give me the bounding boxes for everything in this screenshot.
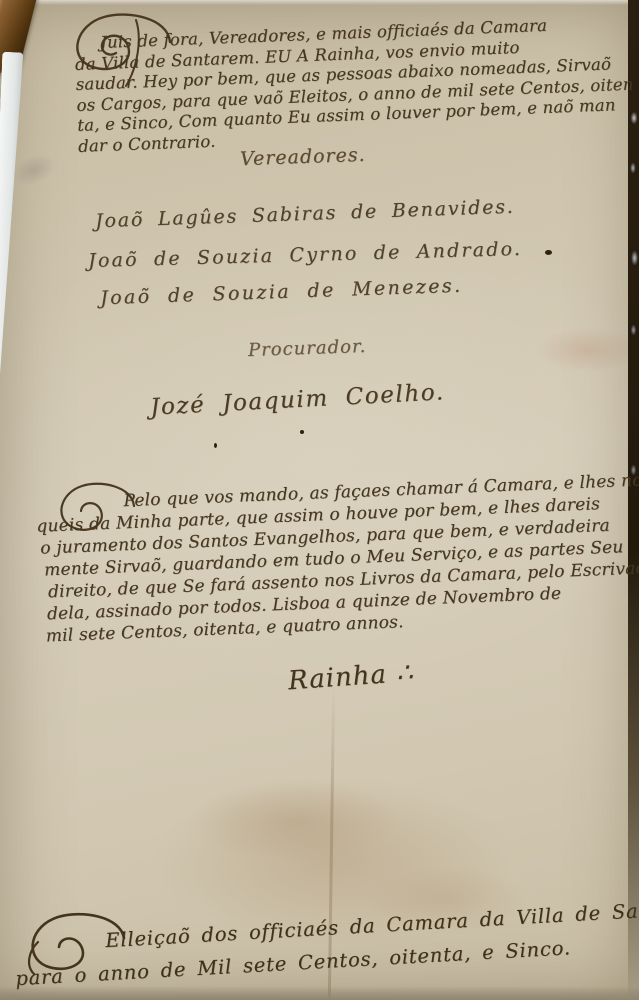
procurador-heading: Procurador. (248, 336, 367, 361)
ink-dot (214, 443, 217, 448)
body-paragraph: Pelo que vos mando, as façaes chamar á C… (35, 470, 626, 647)
vereadores-heading: Vereadores. (240, 144, 366, 170)
manuscript-photo: Juis de fora, Vereadores, e mais officia… (0, 0, 639, 1000)
ink-blot (545, 250, 552, 255)
opening-paragraph: Juis de fora, Vereadores, e mais officia… (74, 14, 598, 157)
photo-bottom-edge (0, 986, 639, 1000)
photo-top-edge (0, 0, 639, 5)
ink-dot (300, 430, 304, 434)
book-binding-edge (628, 0, 639, 1000)
